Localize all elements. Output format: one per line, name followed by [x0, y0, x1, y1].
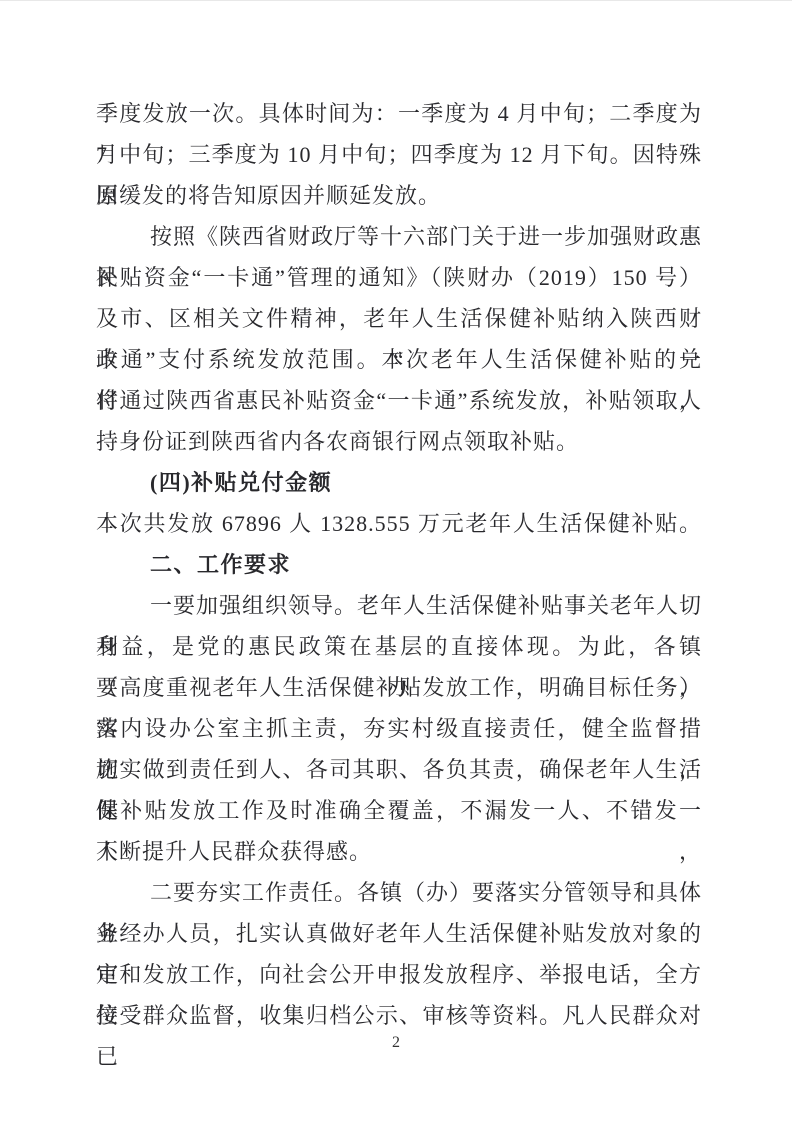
document-page: 季度发放一次。具体时间为：一季度为 4 月中旬；二季度为 7月中旬；三季度为 1… — [0, 0, 792, 1122]
text-line: 补贴资金“一卡通”管理的通知》（陕财办（2019）150 号） — [96, 257, 702, 298]
text-line: 要高度重视老年人生活保健补贴发放工作，明确目标任务，落 — [96, 667, 702, 708]
text-line: 因缓发的将告知原因并顺延发放。 — [96, 175, 702, 216]
text-line: 二要夯实工作责任。各镇（办）要落实分管领导和具体业 — [96, 872, 702, 913]
heading-line: (四)补贴兑付金额 — [96, 462, 702, 503]
text-line: 定和发放工作，向社会公开申报发放程序、举报电话，全方位 — [96, 954, 702, 995]
text-line: 本次共发放 67896 人 1328.555 万元老年人生活保健补贴。 — [96, 503, 702, 544]
text-line: 季度发放一次。具体时间为：一季度为 4 月中旬；二季度为 7 — [96, 93, 702, 134]
text-line: 健补贴发放工作及时准确全覆盖，不漏发一人、不错发一人， — [96, 790, 702, 831]
text-line: 切实做到责任到人、各司其职、各负其责，确保老年人生活保 — [96, 749, 702, 790]
text-line: 接受群众监督，收集归档公示、审核等资料。凡人民群众对已 — [96, 995, 702, 1036]
text-line: 利益，是党的惠民政策在基层的直接体现。为此，各镇（办） — [96, 626, 702, 667]
text-line: 一要加强组织领导。老年人生活保健补贴事关老年人切身 — [96, 585, 702, 626]
heading-line: 二、工作要求 — [96, 544, 702, 585]
page-footer: 2 — [0, 1034, 792, 1052]
text-line: 将通过陕西省惠民补贴资金“一卡通”系统发放，补贴领取人 — [96, 380, 702, 421]
text-line: 及市、区相关文件精神，老年人生活保健补贴纳入陕西财政“一 — [96, 298, 702, 339]
text-line: 持身份证到陕西省内各农商银行网点领取补贴。 — [96, 421, 702, 462]
text-line: 按照《陕西省财政厅等十六部门关于进一步加强财政惠民 — [96, 216, 702, 257]
text-line: 卡通”支付系统发放范围。本次老年人生活保健补贴的兑付， — [96, 339, 702, 380]
page-number: 2 — [392, 1034, 400, 1051]
document-body: 季度发放一次。具体时间为：一季度为 4 月中旬；二季度为 7月中旬；三季度为 1… — [96, 93, 702, 1036]
text-line: 务经办人员，扎实认真做好老年人生活保健补贴发放对象的审 — [96, 913, 702, 954]
text-line: 实内设办公室主抓主责，夯实村级直接责任，健全监督措施， — [96, 708, 702, 749]
text-line: 月中旬；三季度为 10 月中旬；四季度为 12 月下旬。因特殊原 — [96, 134, 702, 175]
